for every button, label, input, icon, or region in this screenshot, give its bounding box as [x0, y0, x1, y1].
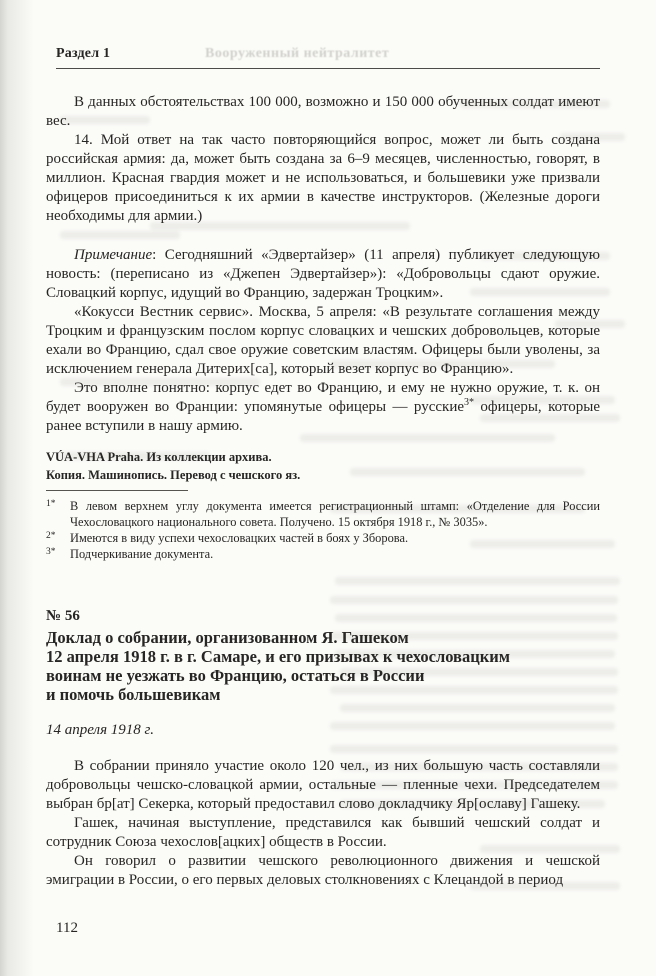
paragraph: Это вполне понятно: корпус едет во Франц…: [46, 379, 600, 436]
footnote-marker: 1*: [46, 496, 70, 528]
document-56-body: В собрании приняло участие около 120 чел…: [46, 757, 600, 890]
footnote-separator: [46, 490, 188, 491]
paragraph: В данных обстоятельствах 100 000, возмож…: [46, 93, 600, 131]
source-line: VÚA-VHA Praha. Из коллекции архива.: [46, 448, 600, 466]
document-title: Доклад о собрании, организованном Я. Гаш…: [46, 628, 600, 704]
scan-gutter-shadow: [0, 0, 34, 976]
note-label: Примечание: [74, 247, 152, 263]
paragraph: Примечание: Сегодняшний «Эдвертайзер» (1…: [46, 246, 600, 303]
header-rule: [56, 68, 600, 69]
title-line: Доклад о собрании, организованном Я. Гаш…: [46, 628, 600, 647]
paragraph: «Кокусси Вестник сервис». Москва, 5 апре…: [46, 303, 600, 379]
paragraph: Гашек, начиная выступление, представился…: [46, 814, 600, 852]
title-line: воинам не уезжать во Францию, остаться в…: [46, 666, 600, 685]
footnote-marker: 2*: [46, 528, 70, 544]
footnotes: 1* В левом верхнем углу документа имеетс…: [46, 498, 600, 562]
footnote-marker: 3*: [46, 544, 70, 560]
paragraph: В собрании приняло участие около 120 чел…: [46, 757, 600, 814]
book-page: Вооруженный нейтралитет Раздел 1 В данны…: [0, 0, 656, 976]
page-number: 112: [56, 920, 78, 937]
title-line: 12 апреля 1918 г. в г. Самаре, и его при…: [46, 647, 600, 666]
document-55-body: В данных обстоятельствах 100 000, возмож…: [46, 93, 600, 226]
paragraph: 14. Мой ответ на так часто повторяющийся…: [46, 131, 600, 226]
paragraph: Он говорил о развитии чешского революцио…: [46, 852, 600, 890]
title-line: и помочь большевикам: [46, 685, 600, 704]
document-number: № 56: [46, 606, 600, 626]
page-content: Раздел 1 В данных обстоятельствах 100 00…: [46, 44, 600, 890]
footnote-text: Имеются в виду успехи чехословацких част…: [70, 530, 600, 546]
archival-source-note: VÚA-VHA Praha. Из коллекции архива. Копи…: [46, 448, 600, 484]
document-date: 14 апреля 1918 г.: [46, 721, 600, 740]
footnote: 1* В левом верхнем углу документа имеетс…: [46, 498, 600, 530]
footnote: 3* Подчеркивание документа.: [46, 546, 600, 562]
footnote-text: В левом верхнем углу документа имеется р…: [70, 498, 600, 530]
source-line: Копия. Машинопись. Перевод с чешского яз…: [46, 466, 600, 484]
footnote-marker: 3*: [464, 397, 474, 408]
footnote-text: Подчеркивание документа.: [70, 546, 600, 562]
running-head-section: Раздел 1: [56, 46, 110, 61]
document-55-note: Примечание: Сегодняшний «Эдвертайзер» (1…: [46, 246, 600, 436]
footnote: 2* Имеются в виду успехи чехословацких ч…: [46, 530, 600, 546]
